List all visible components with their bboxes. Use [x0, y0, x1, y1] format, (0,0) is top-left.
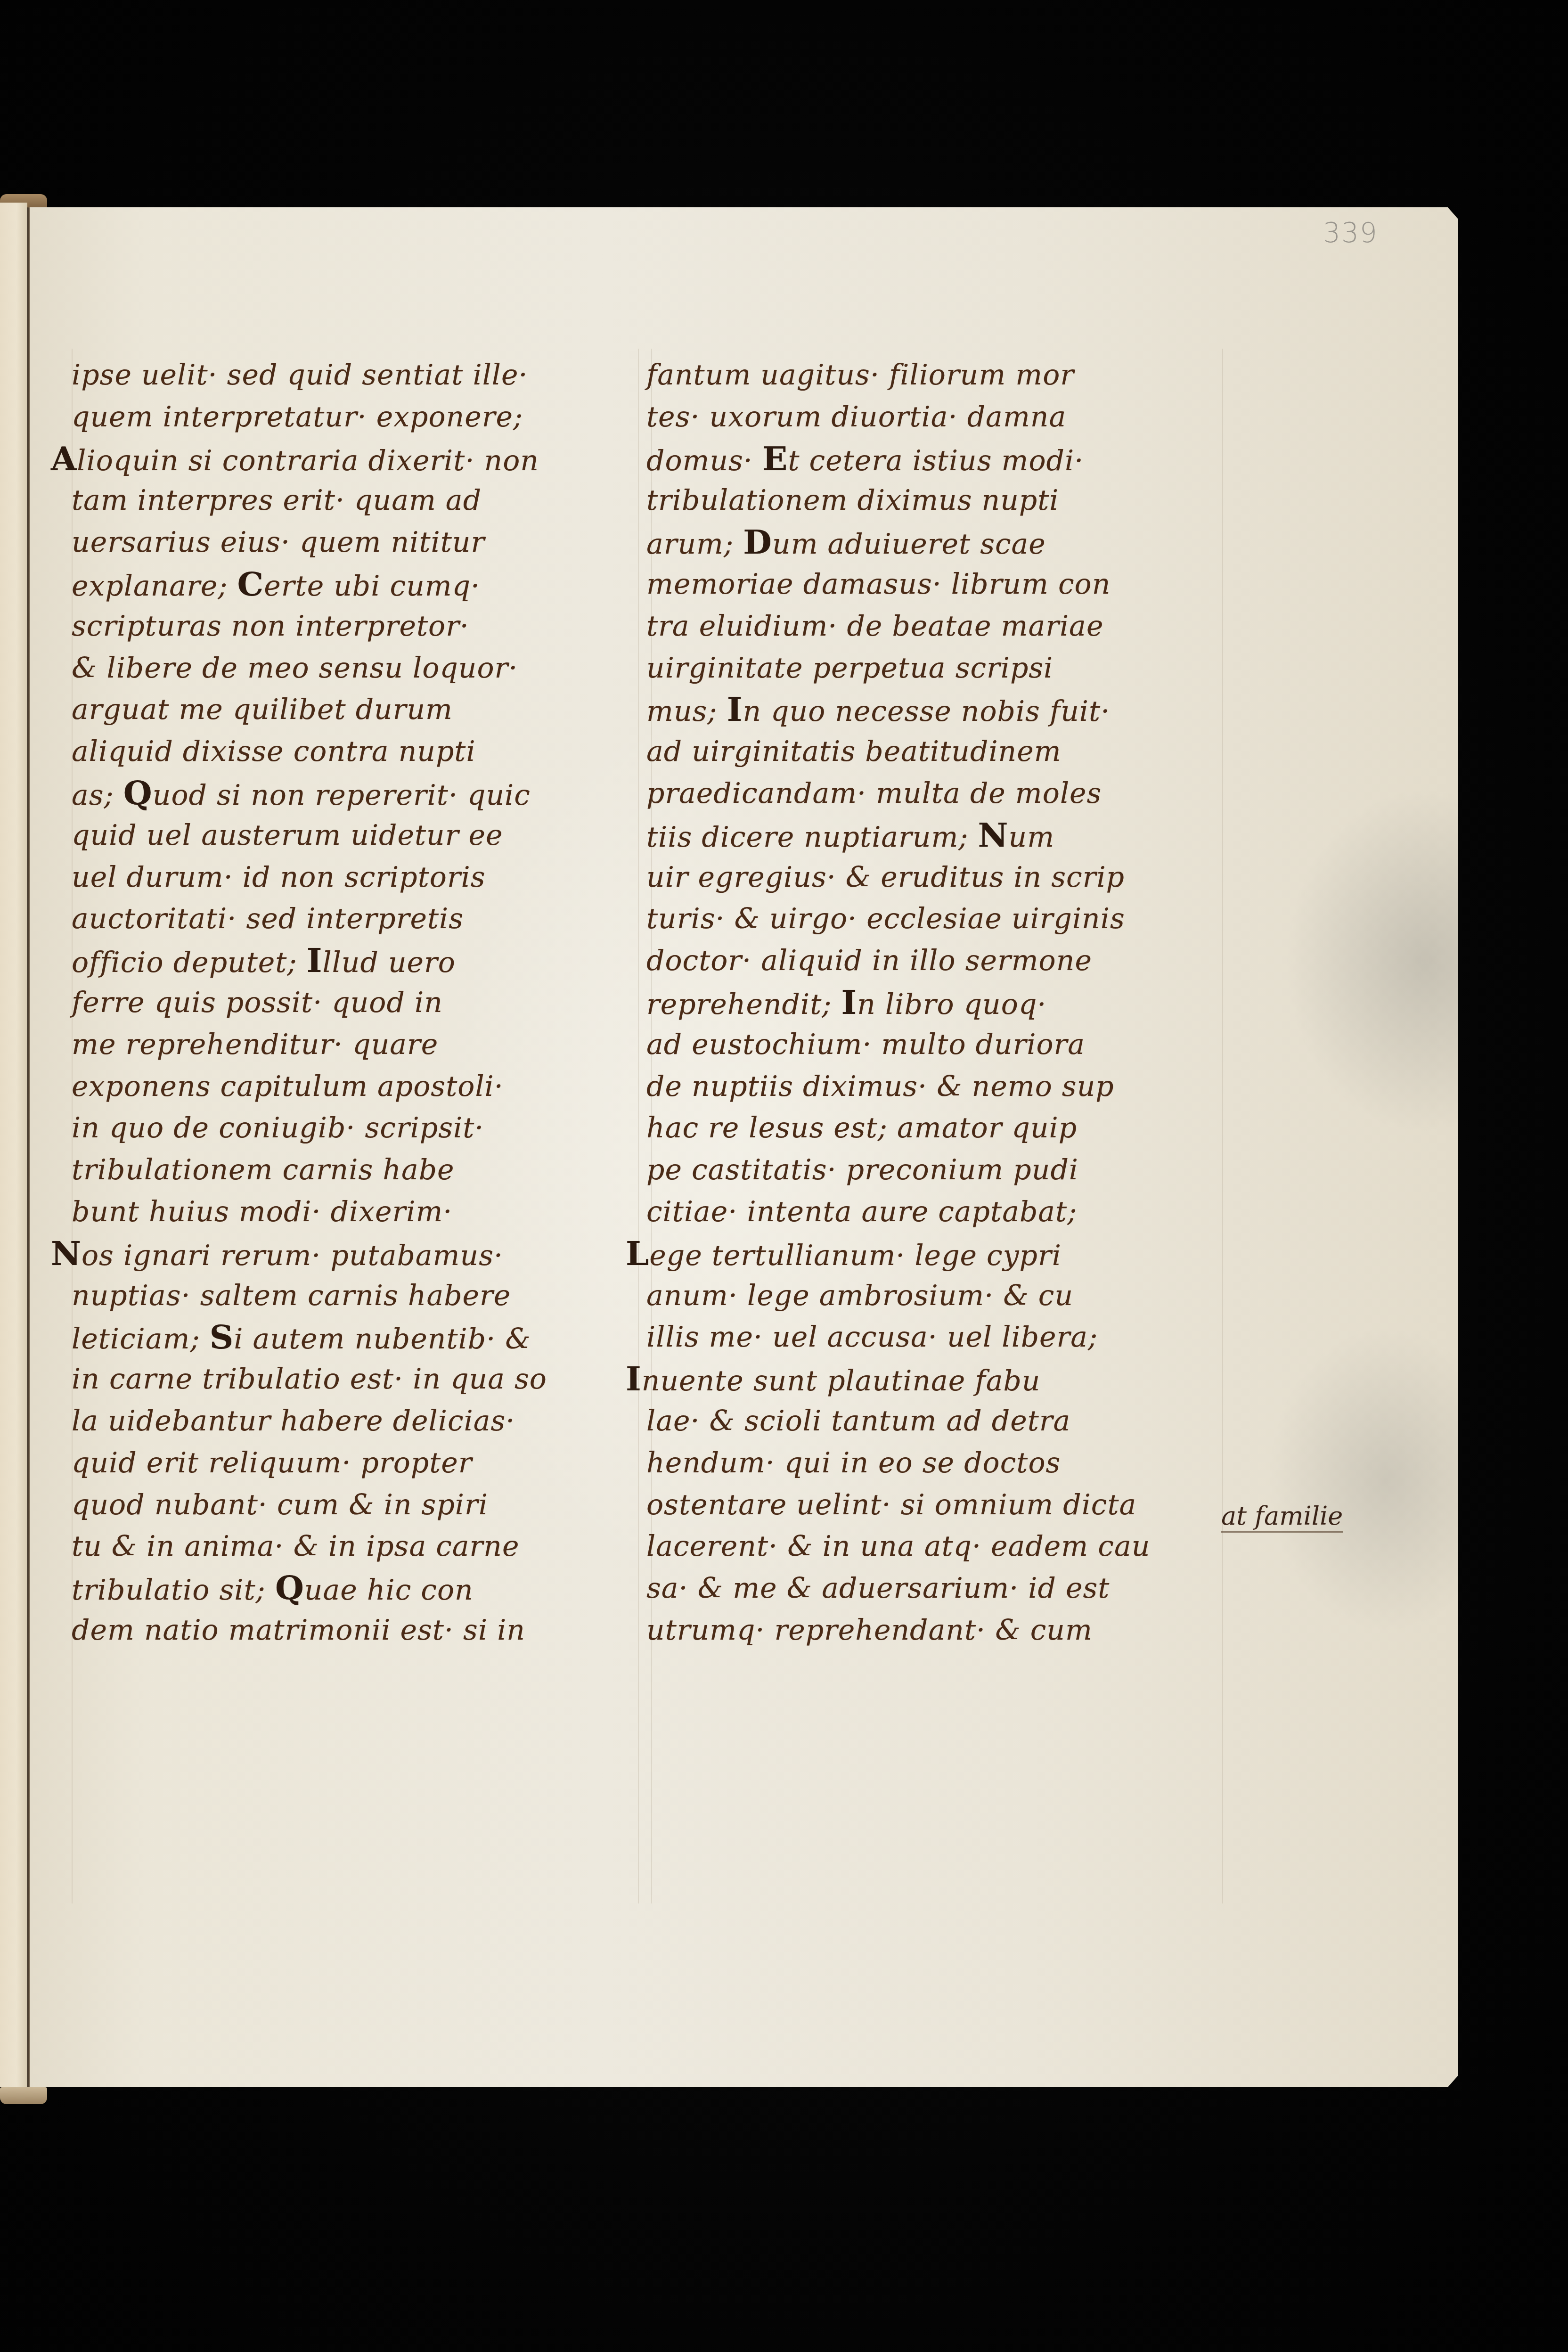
line-text: ad eustochium· multo duriora	[646, 1028, 1085, 1061]
manuscript-line: ad eustochium· multo duriora	[646, 1024, 1193, 1066]
line-text: pe castitatis· preconium pudi	[646, 1153, 1078, 1186]
line-text: & libere de meo sensu loquor·	[72, 652, 518, 685]
manuscript-line: sa· & me & aduersarium· id est	[646, 1568, 1193, 1609]
line-text: arum;	[646, 528, 743, 561]
manuscript-line: de nuptiis diximus· & nemo sup	[646, 1066, 1193, 1108]
manuscript-line: Nos ignari rerum· putabamus·	[51, 1233, 618, 1275]
manuscript-line: uirginitate perpetua scripsi	[646, 647, 1193, 689]
line-text: in quo de coniugib· scripsit·	[72, 1111, 484, 1144]
line-text: tu & in anima· & in ipsa carne	[72, 1530, 519, 1563]
initial-letter: N	[978, 816, 1009, 855]
line-text: illis me· uel accusa· uel libera;	[646, 1321, 1098, 1354]
manuscript-line: illis me· uel accusa· uel libera;	[646, 1316, 1193, 1358]
initial-letter: E	[762, 439, 788, 478]
manuscript-line: ipse uelit· sed quid sentiat ille·	[72, 354, 618, 396]
line-text: citiae· intenta aure captabat;	[646, 1195, 1077, 1228]
line-text: memoriae damasus· librum con	[646, 568, 1111, 601]
manuscript-line: leticiam; Si autem nubentib· &	[72, 1316, 618, 1358]
line-text: ostentare uelint· si omnium dicta	[646, 1488, 1136, 1521]
manuscript-line: Alioquin si contraria dixerit· non	[51, 438, 618, 480]
line-text: officio deputet;	[72, 946, 307, 979]
line-text: tam interpres erit· quam ad	[72, 484, 482, 517]
initial-letter: C	[237, 564, 264, 604]
manuscript-line: in quo de coniugib· scripsit·	[72, 1107, 618, 1149]
manuscript-line: tiis dicere nuptiarum; Num	[646, 815, 1193, 857]
line-text: llud uero	[322, 946, 455, 979]
manuscript-line: tes· uxorum diuortia· damna	[646, 396, 1193, 438]
line-text: auctoritati· sed interpretis	[72, 902, 464, 935]
initial-letter: I	[727, 690, 743, 729]
line-text: quid uel austerum uidetur ee	[72, 819, 503, 852]
line-text: uersarius eius· quem nititur	[72, 526, 485, 559]
line-text: tiis dicere nuptiarum;	[646, 821, 978, 854]
line-text: lacerent· & in una atq· eadem cau	[646, 1530, 1150, 1563]
line-text: i autem nubentib· &	[234, 1323, 531, 1356]
line-text: scripturas non interpretor·	[72, 610, 469, 643]
manuscript-line: & libere de meo sensu loquor·	[72, 647, 618, 689]
line-text: tribulationem carnis habe	[72, 1153, 455, 1186]
line-text: quod nubant· cum & in spiri	[72, 1488, 488, 1521]
binding-thread-bottom	[0, 2087, 47, 2104]
manuscript-line: tribulationem carnis habe	[72, 1149, 618, 1191]
line-text: n quo necesse nobis fuit·	[743, 695, 1110, 728]
manuscript-line: utrumq· reprehendant· & cum	[646, 1609, 1193, 1651]
manuscript-line: ferre quis possit· quod in	[72, 982, 618, 1024]
manuscript-line: tam interpres erit· quam ad	[72, 480, 618, 522]
line-text: n libro quoq·	[857, 988, 1046, 1021]
line-text: arguat me quilibet durum	[72, 693, 453, 726]
manuscript-line: ad uirginitatis beatitudinem	[646, 731, 1193, 773]
text-column-left: ipse uelit· sed quid sentiat ille·quem i…	[72, 354, 618, 1651]
manuscript-line: tra eluidium· de beatae mariae	[646, 605, 1193, 647]
ruling-line-right-margin	[1222, 349, 1223, 1903]
manuscript-line: reprehendit; In libro quoq·	[646, 982, 1193, 1024]
line-text: nuente sunt plautinae fabu	[642, 1364, 1041, 1397]
manuscript-line: pe castitatis· preconium pudi	[646, 1149, 1193, 1191]
manuscript-line: bunt huius modi· dixerim·	[72, 1191, 618, 1233]
initial-letter: N	[51, 1234, 82, 1273]
adjacent-leaf-edge	[0, 203, 27, 2087]
initial-letter: L	[626, 1234, 649, 1273]
line-text: t cetera istius modi·	[788, 444, 1084, 477]
line-text: hac re lesus est; amator quip	[646, 1111, 1077, 1144]
line-text: erte ubi cumq·	[264, 570, 480, 603]
line-text: uod si non repererit· quic	[153, 779, 531, 812]
line-text: hendum· qui in eo se doctos	[646, 1446, 1061, 1479]
manuscript-line: lae· & scioli tantum ad detra	[646, 1400, 1193, 1442]
manuscript-line: memoriae damasus· librum con	[646, 563, 1193, 605]
manuscript-line: turis· & uirgo· ecclesiae uirginis	[646, 898, 1193, 940]
manuscript-line: tu & in anima· & in ipsa carne	[72, 1526, 618, 1568]
manuscript-line: quem interpretatur· exponere;	[72, 396, 618, 438]
line-text: uirginitate perpetua scripsi	[646, 652, 1053, 685]
manuscript-line: citiae· intenta aure captabat;	[646, 1191, 1193, 1233]
line-text: uae hic con	[304, 1574, 474, 1607]
line-text: turis· & uirgo· ecclesiae uirginis	[646, 902, 1125, 935]
line-text: explanare;	[72, 570, 237, 603]
marginal-note: at familie	[1221, 1501, 1343, 1533]
line-text: as;	[72, 779, 123, 812]
line-text: um aduiueret scae	[772, 528, 1046, 561]
line-text: tribulatio sit;	[72, 1574, 275, 1607]
manuscript-line: Inuente sunt plautinae fabu	[626, 1358, 1193, 1400]
manuscript-line: me reprehenditur· quare	[72, 1024, 618, 1066]
manuscript-line: la uidebantur habere delicias·	[72, 1400, 618, 1442]
manuscript-line: uersarius eius· quem nititur	[72, 522, 618, 563]
line-text: ferre quis possit· quod in	[72, 986, 443, 1019]
manuscript-line: nuptias· saltem carnis habere	[72, 1275, 618, 1317]
manuscript-line: fantum uagitus· filiorum mor	[646, 354, 1193, 396]
line-text: quid erit reliquum· propter	[72, 1446, 473, 1479]
manuscript-line: in carne tribulatio est· in qua so	[72, 1358, 618, 1400]
manuscript-line: domus· Et cetera istius modi·	[646, 438, 1193, 480]
text-column-right: fantum uagitus· filiorum mortes· uxorum …	[646, 354, 1193, 1651]
manuscript-line: arum; Dum aduiueret scae	[646, 522, 1193, 563]
line-text: me reprehenditur· quare	[72, 1028, 438, 1061]
folio-number: 339	[1323, 217, 1378, 249]
manuscript-line: exponens capitulum apostoli·	[72, 1066, 618, 1108]
line-text: fantum uagitus· filiorum mor	[646, 359, 1074, 392]
line-text: doctor· aliquid in illo sermone	[646, 944, 1092, 977]
line-text: reprehendit;	[646, 988, 841, 1021]
line-text: uel durum· id non scriptoris	[72, 861, 486, 894]
manuscript-line: aliquid dixisse contra nupti	[72, 731, 618, 773]
ruling-line-column-divider	[638, 349, 639, 1903]
line-text: aliquid dixisse contra nupti	[72, 735, 476, 768]
manuscript-line: lacerent· & in una atq· eadem cau	[646, 1526, 1193, 1568]
line-text: tribulationem diximus nupti	[646, 484, 1059, 517]
line-text: de nuptiis diximus· & nemo sup	[646, 1070, 1114, 1103]
initial-letter: D	[743, 523, 772, 562]
manuscript-line: uir egregius· & eruditus in scrip	[646, 857, 1193, 898]
manuscript-line: quod nubant· cum & in spiri	[72, 1484, 618, 1526]
manuscript-line: hendum· qui in eo se doctos	[646, 1442, 1193, 1484]
manuscript-line: officio deputet; Illud uero	[72, 940, 618, 982]
line-text: mus;	[646, 695, 727, 728]
manuscript-line: as; Quod si non repererit· quic	[72, 773, 618, 815]
initial-letter: A	[51, 439, 77, 478]
line-text: nuptias· saltem carnis habere	[72, 1279, 511, 1312]
spine-crease	[27, 207, 30, 2087]
initial-letter: I	[307, 941, 323, 980]
initial-letter: I	[841, 983, 857, 1022]
line-text: tes· uxorum diuortia· damna	[646, 400, 1066, 433]
manuscript-line: ostentare uelint· si omnium dicta	[646, 1484, 1193, 1526]
manuscript-line: uel durum· id non scriptoris	[72, 857, 618, 898]
manuscript-line: scripturas non interpretor·	[72, 605, 618, 647]
line-text: um	[1009, 821, 1055, 854]
manuscript-line: explanare; Certe ubi cumq·	[72, 563, 618, 605]
line-text: la uidebantur habere delicias·	[72, 1405, 515, 1437]
line-text: in carne tribulatio est· in qua so	[72, 1363, 547, 1396]
line-text: anum· lege ambrosium· & cu	[646, 1279, 1073, 1312]
manuscript-line: hac re lesus est; amator quip	[646, 1107, 1193, 1149]
manuscript-line: Lege tertullianum· lege cypri	[626, 1233, 1193, 1275]
line-text: exponens capitulum apostoli·	[72, 1070, 504, 1103]
line-text: ege tertullianum· lege cypri	[649, 1239, 1062, 1272]
manuscript-line: doctor· aliquid in illo sermone	[646, 940, 1193, 982]
line-text: dem natio matrimonii est· si in	[72, 1614, 525, 1647]
line-text: leticiam;	[72, 1323, 210, 1356]
line-text: utrumq· reprehendant· & cum	[646, 1614, 1093, 1647]
line-text: os ignari rerum· putabamus·	[82, 1239, 503, 1272]
manuscript-line: praedicandam· multa de moles	[646, 773, 1193, 815]
line-text: tra eluidium· de beatae mariae	[646, 610, 1103, 643]
manuscript-line: arguat me quilibet durum	[72, 689, 618, 731]
initial-letter: I	[626, 1359, 642, 1398]
manuscript-line: quid erit reliquum· propter	[72, 1442, 618, 1484]
line-text: ad uirginitatis beatitudinem	[646, 735, 1062, 768]
manuscript-line: tribulationem diximus nupti	[646, 480, 1193, 522]
line-text: domus·	[646, 444, 762, 477]
manuscript-line: quid uel austerum uidetur ee	[72, 815, 618, 857]
initial-letter: Q	[275, 1568, 304, 1608]
manuscript-line: mus; In quo necesse nobis fuit·	[646, 689, 1193, 731]
manuscript-line: tribulatio sit; Quae hic con	[72, 1568, 618, 1609]
line-text: bunt huius modi· dixerim·	[72, 1195, 452, 1228]
line-text: praedicandam· multa de moles	[646, 777, 1102, 810]
line-text: quem interpretatur· exponere;	[72, 400, 523, 433]
initial-letter: S	[210, 1317, 234, 1356]
manuscript-line: anum· lege ambrosium· & cu	[646, 1275, 1193, 1317]
initial-letter: Q	[123, 774, 153, 813]
line-text: uir egregius· & eruditus in scrip	[646, 861, 1125, 894]
manuscript-line: dem natio matrimonii est· si in	[72, 1609, 618, 1651]
line-text: ipse uelit· sed quid sentiat ille·	[72, 359, 528, 392]
line-text: lae· & scioli tantum ad detra	[646, 1405, 1070, 1437]
manuscript-line: auctoritati· sed interpretis	[72, 898, 618, 940]
line-text: sa· & me & aduersarium· id est	[646, 1572, 1110, 1605]
line-text: lioquin si contraria dixerit· non	[77, 444, 539, 477]
